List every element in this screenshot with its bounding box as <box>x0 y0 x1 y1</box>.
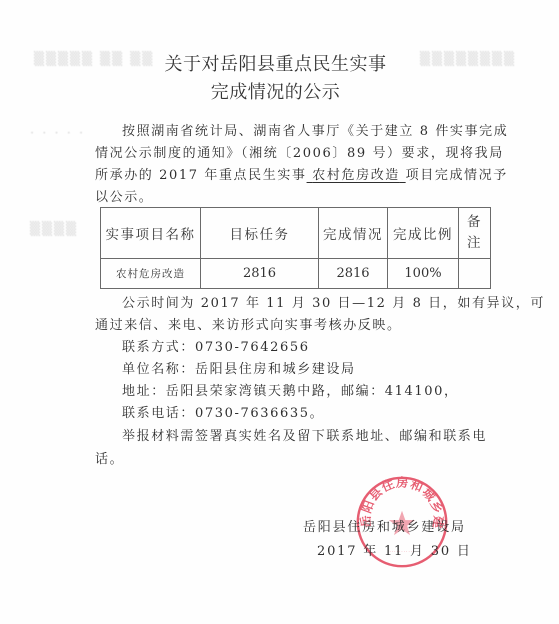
table-row: 农村危房改造 2816 2816 100% <box>101 259 491 289</box>
cell-project-name: 农村危房改造 <box>101 259 201 289</box>
header-target: 目标任务 <box>201 208 319 259</box>
header-remarks: 备注 <box>459 208 491 259</box>
header-project-name: 实事项目名称 <box>101 208 201 259</box>
header-completed: 完成情况 <box>319 208 388 259</box>
show-through-text: ▒▒▒▒ <box>30 222 78 237</box>
contact-address: 地址：岳阳县荣家湾镇天鹅中路，邮编：414100， <box>122 380 459 399</box>
document-title-line1: 关于对岳阳县重点民生实事 <box>0 50 555 76</box>
notice-line2: 通过来信、来电、来访形式向实事考核办反映。 <box>95 314 402 333</box>
intro-line3-suffix: 项目完成情况予 <box>406 168 508 183</box>
results-table: 实事项目名称 目标任务 完成情况 完成比例 备注 农村危房改造 2816 281… <box>100 207 491 289</box>
intro-line1: 按照湖南省统计局、湖南省人事厅《关于建立 8 件实事完成 <box>122 120 508 139</box>
header-ratio: 完成比例 <box>388 208 459 259</box>
cell-completed: 2816 <box>319 259 388 289</box>
signature-org: 岳阳县住房和城乡建设局 <box>303 516 466 535</box>
document-page: ▒▒▒▒▒ ▒▒ ▒▒ ▒▒▒▒▒▒▒▒ · · · · · ▒▒▒▒ 关于对岳… <box>0 0 559 624</box>
intro-line3: 所承办的 2017 年重点民生实事 农村危房改造 项目完成情况予 <box>95 164 508 183</box>
intro-line4: 以公示。 <box>95 186 153 205</box>
contact-phone: 联系电话：0730-7636635。 <box>122 402 324 421</box>
intro-line3-prefix: 所承办的 2017 年重点民生实事 <box>95 168 307 183</box>
report-line2: 话。 <box>95 448 124 467</box>
document-title-line2: 完成情况的公示 <box>0 78 555 104</box>
show-through-text: · · · · · <box>30 126 85 141</box>
contact-method: 联系方式：0730-7642656 <box>122 336 310 355</box>
notice-line1: 公示时间为 2017 年 11 月 30 日—12 月 8 日，如有异议，可 <box>122 292 545 311</box>
cell-remarks <box>459 259 491 289</box>
table-header-row: 实事项目名称 目标任务 完成情况 完成比例 备注 <box>101 208 491 259</box>
intro-line2: 情况公示制度的通知》（湘统〔2006〕89 号）要求，现将我局 <box>95 142 504 161</box>
report-line1: 举报材料需签署真实姓名及留下联系地址、邮编和联系电 <box>122 425 487 444</box>
contact-unit: 单位名称：岳阳县住房和城乡建设局 <box>122 358 356 377</box>
cell-ratio: 100% <box>388 259 459 289</box>
signature-date: 2017 年 11 月 30 日 <box>317 540 472 559</box>
cell-target: 2816 <box>201 259 319 289</box>
project-name-underlined: 农村危房改造 <box>307 168 406 183</box>
